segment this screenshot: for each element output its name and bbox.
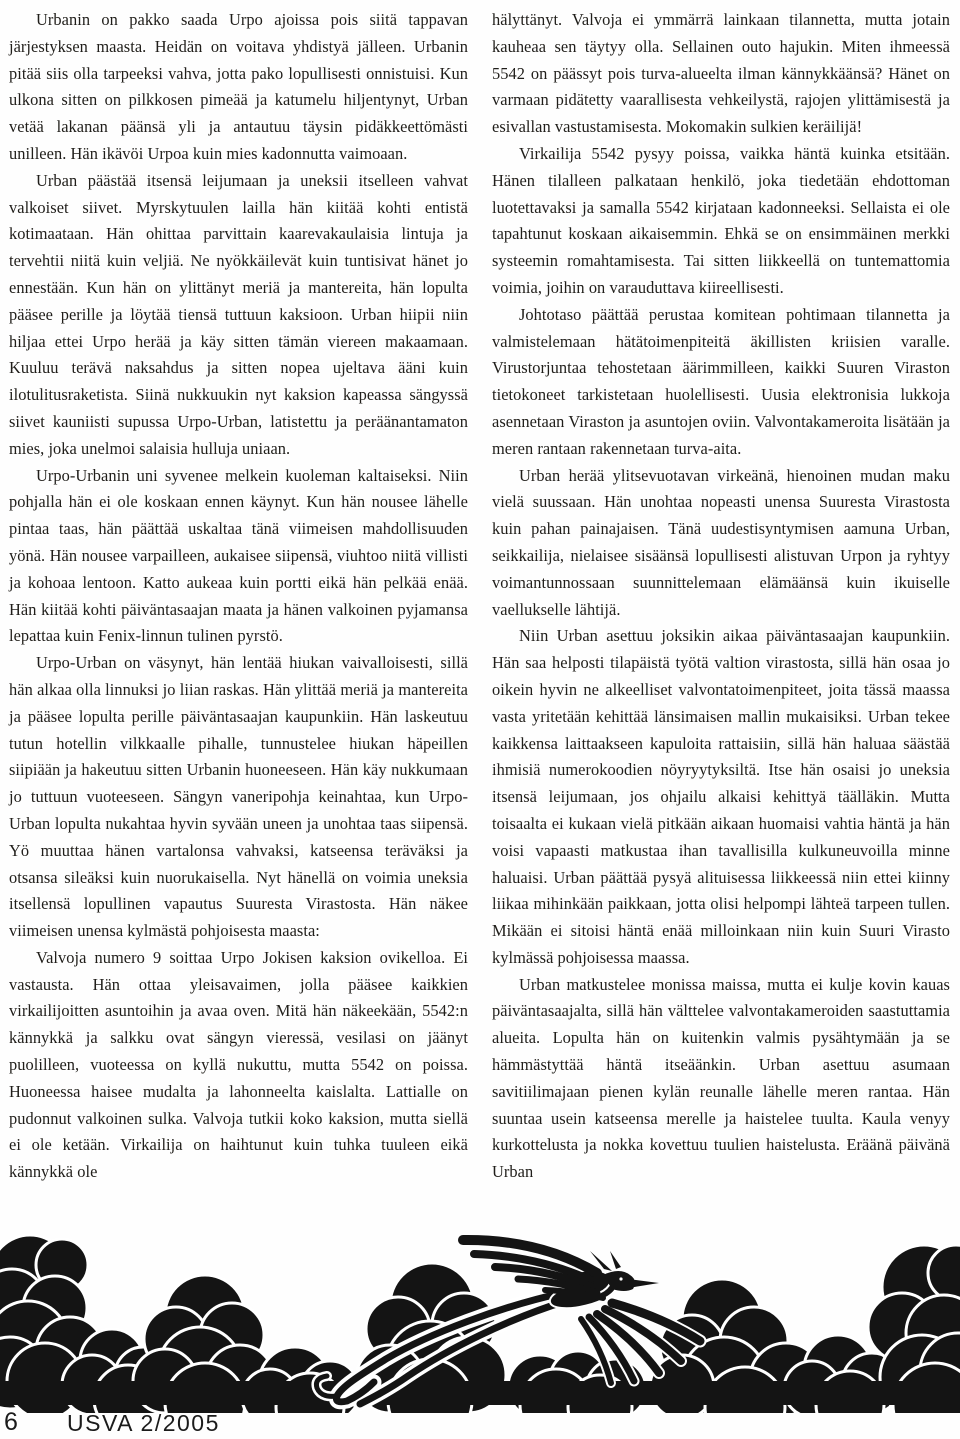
paragraph: Valvoja numero 9 soittaa Urpo Jokisen ka…: [9, 945, 468, 1186]
paragraph: Urban päästää itsensä leijumaan ja uneks…: [9, 168, 468, 463]
issue-label: USVA 2/2005: [67, 1409, 220, 1437]
text-column-right: hälyttänyt. Valvoja ei ymmärrä lainkaan …: [492, 7, 950, 1186]
magazine-page: { "meta": { "background_color": "#fefefe…: [0, 0, 960, 1439]
paragraph: Urpo-Urbanin uni syvenee melkein kuolema…: [9, 463, 468, 651]
paragraph: Urbanin on pakko saada Urpo ajoissa pois…: [9, 7, 468, 168]
paragraph: Virkailija 5542 pysyy poissa, vaikka hän…: [492, 141, 950, 302]
text-column-left: Urbanin on pakko saada Urpo ajoissa pois…: [9, 7, 468, 1186]
phoenix-clouds-illustration: [0, 1223, 960, 1413]
paragraph: Urpo-Urban on väsynyt, hän lentää hiukan…: [9, 650, 468, 945]
paragraph: Urban herää ylitsevuotavan virkeänä, hie…: [492, 463, 950, 624]
page: Urbanin on pakko saada Urpo ajoissa pois…: [0, 0, 960, 1439]
paragraph: Niin Urban asettuu joksikin aikaa päivän…: [492, 623, 950, 971]
paragraph: hälyttänyt. Valvoja ei ymmärrä lainkaan …: [492, 7, 950, 141]
footer: 6 USVA 2/2005: [0, 1406, 960, 1439]
paragraph: Urban matkustelee monissa maissa, mutta …: [492, 972, 950, 1186]
paragraph: Johtotaso päättää perustaa komitean poht…: [492, 302, 950, 463]
page-number: 6: [4, 1408, 18, 1436]
cloud-base-band: [0, 1381, 960, 1405]
